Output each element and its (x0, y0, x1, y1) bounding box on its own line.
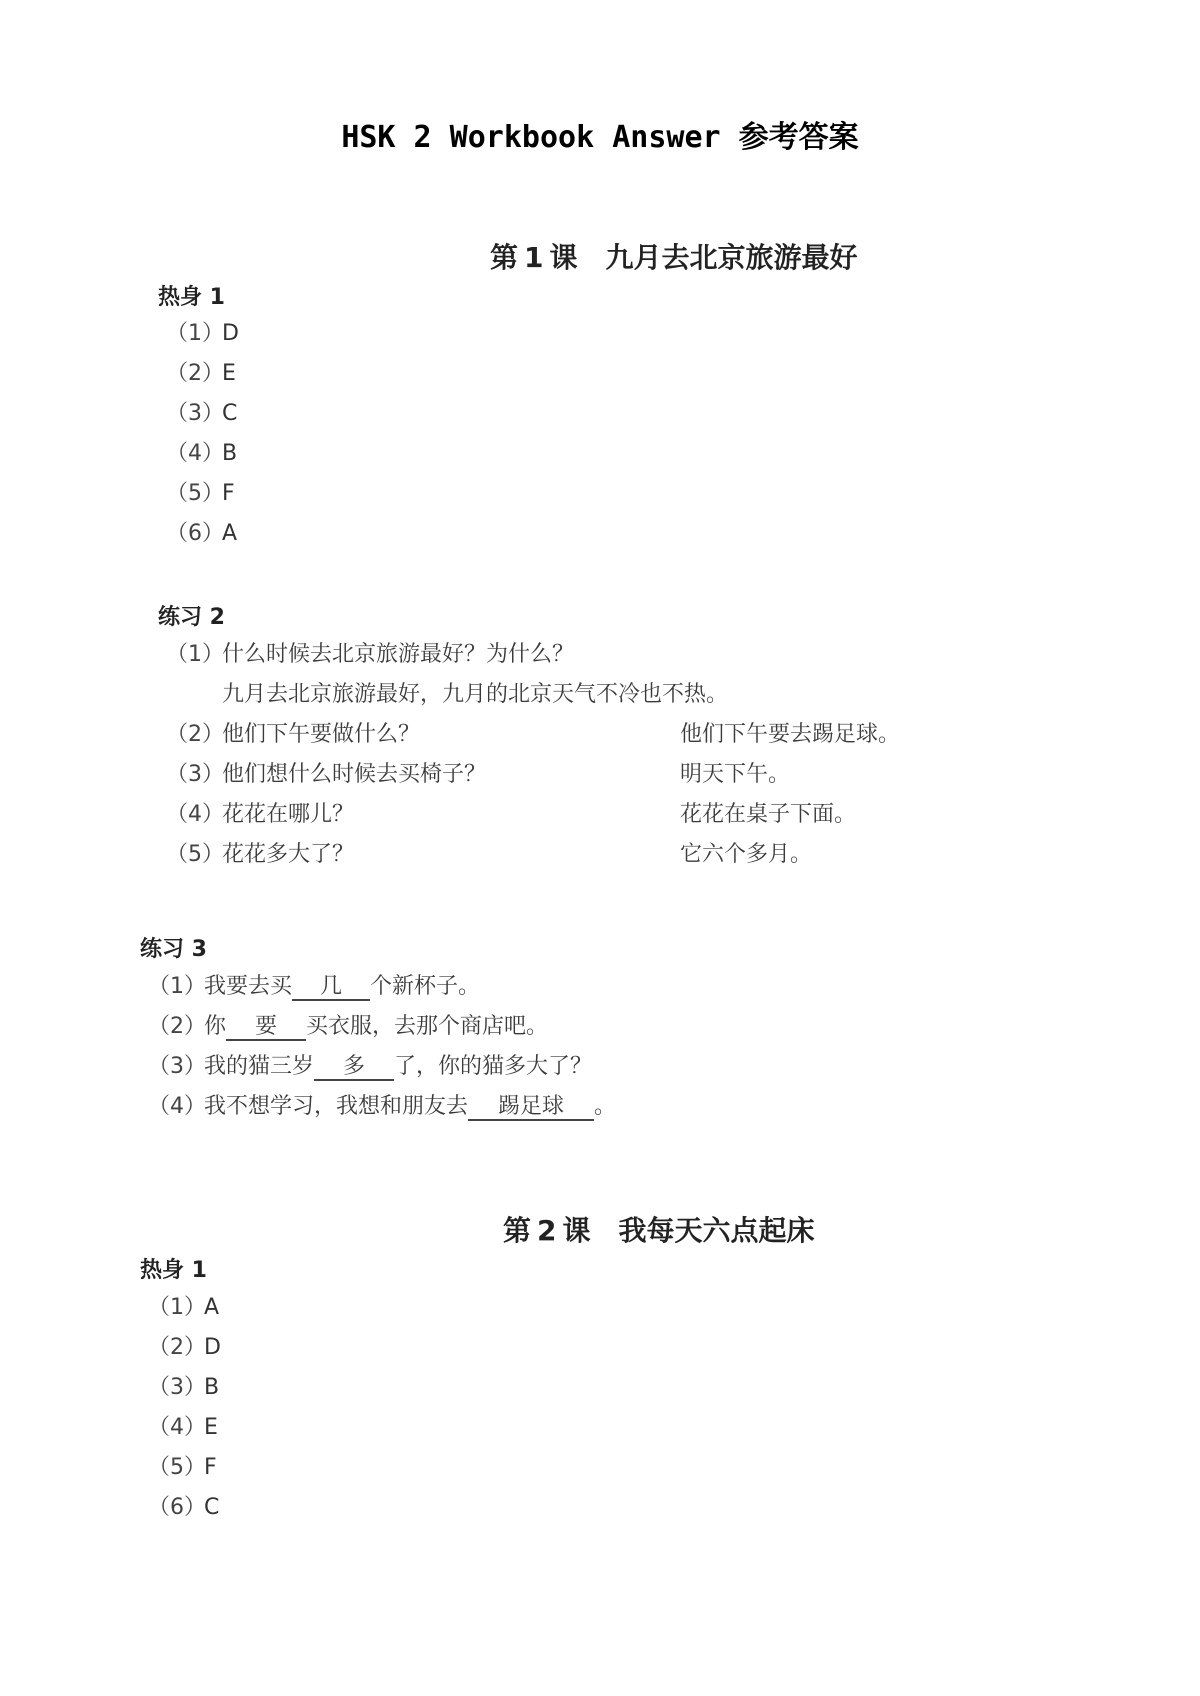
lesson-1-warmup-label: 热身 1 (158, 280, 225, 311)
item-marker: （2） (148, 1013, 204, 1041)
sentence-after: 个新杯子。 (370, 974, 480, 999)
question-item: （2）他们下午要做什么？ (166, 721, 420, 749)
item-marker: （4） (148, 1093, 204, 1121)
answer-text: 花花在桌子下面。 (680, 801, 856, 829)
item-marker: （2） (166, 360, 222, 388)
question-item: （1）什么时候去北京旅游最好？为什么？ (166, 641, 574, 669)
blank-answer: 多 (314, 1055, 394, 1081)
item-marker: （4） (166, 801, 222, 829)
item-marker: （4） (148, 1414, 204, 1442)
answer-text: 九月去北京旅游最好，九月的北京天气不冷也不热。 (222, 681, 728, 709)
item-marker: （4） (166, 440, 222, 468)
question-text: 花花多大了？ (222, 842, 354, 867)
blank-answer: 踢足球 (468, 1095, 594, 1121)
item-marker: （1） (148, 1294, 204, 1322)
lesson-prefix: 第 (490, 241, 518, 274)
answer-text: 它六个多月。 (680, 841, 812, 869)
lesson-1-heading: 第1课九月去北京旅游最好 (490, 236, 858, 276)
item-answer: F (204, 1455, 217, 1480)
question-text: 他们下午要做什么？ (222, 722, 420, 747)
sentence-before: 你 (204, 1014, 226, 1039)
fill-blank-item: （3）我的猫三岁多了，你的猫多大了？ (148, 1053, 592, 1081)
list-item: （6）A (166, 520, 237, 548)
item-answer: E (204, 1415, 218, 1440)
answer-text: 明天下午。 (680, 761, 790, 789)
item-marker: （1） (166, 320, 222, 348)
sentence-before: 我要去买 (204, 974, 292, 999)
item-marker: （5） (148, 1454, 204, 1482)
lesson-1-exercise-3-label: 练习 3 (140, 932, 207, 963)
sentence-after: 了，你的猫多大了？ (394, 1054, 592, 1079)
list-item: （6）C (148, 1494, 219, 1522)
fill-blank-item: （2）你要买衣服，去那个商店吧。 (148, 1013, 548, 1041)
item-marker: （6） (148, 1494, 204, 1522)
lesson-number: 1 (524, 241, 543, 274)
lesson-2-warmup-label: 热身 1 (140, 1253, 207, 1284)
item-answer: C (222, 401, 237, 426)
list-item: （4）B (166, 440, 237, 468)
lesson-title: 九月去北京旅游最好 (606, 241, 858, 274)
sentence-before: 我的猫三岁 (204, 1054, 314, 1079)
question-text: 什么时候去北京旅游最好？为什么？ (222, 642, 574, 667)
item-answer: F (222, 481, 235, 506)
sentence-before: 我不想学习，我想和朋友去 (204, 1094, 468, 1119)
lesson-prefix: 第 (503, 1214, 531, 1247)
list-item: （3）B (148, 1374, 219, 1402)
item-marker: （1） (166, 641, 222, 669)
item-answer: B (222, 441, 237, 466)
sentence-after: 。 (594, 1094, 616, 1119)
blank-answer: 几 (292, 975, 370, 1001)
item-marker: （3） (148, 1374, 204, 1402)
item-marker: （3） (148, 1053, 204, 1081)
question-text: 花花在哪儿？ (222, 802, 354, 827)
item-marker: （6） (166, 520, 222, 548)
item-answer: C (204, 1495, 219, 1520)
list-item: （2）E (166, 360, 236, 388)
fill-blank-item: （4）我不想学习，我想和朋友去踢足球。 (148, 1093, 616, 1121)
item-marker: （3） (166, 400, 222, 428)
list-item: （1）D (166, 320, 239, 348)
item-marker: （5） (166, 841, 222, 869)
item-answer: E (222, 361, 236, 386)
item-marker: （1） (148, 973, 204, 1001)
blank-answer: 要 (226, 1015, 306, 1041)
question-item: （4）花花在哪儿？ (166, 801, 354, 829)
item-marker: （2） (166, 721, 222, 749)
answer-text: 他们下午要去踢足球。 (680, 721, 900, 749)
item-marker: （3） (166, 761, 222, 789)
list-item: （5）F (148, 1454, 217, 1482)
lesson-number: 2 (537, 1214, 556, 1247)
item-answer: D (222, 321, 239, 346)
question-item: （3）他们想什么时候去买椅子？ (166, 761, 486, 789)
question-text: 他们想什么时候去买椅子？ (222, 762, 486, 787)
lesson-suffix: 课 (550, 241, 578, 274)
list-item: （1）A (148, 1294, 219, 1322)
item-answer: A (222, 521, 237, 546)
item-marker: （5） (166, 480, 222, 508)
fill-blank-item: （1）我要去买几个新杯子。 (148, 973, 480, 1001)
lesson-1-exercise-2-label: 练习 2 (158, 600, 225, 631)
item-answer: A (204, 1295, 219, 1320)
item-answer: B (204, 1375, 219, 1400)
list-item: （5）F (166, 480, 235, 508)
question-item: （5）花花多大了？ (166, 841, 354, 869)
list-item: （3）C (166, 400, 237, 428)
list-item: （4）E (148, 1414, 218, 1442)
lesson-2-heading: 第2课我每天六点起床 (503, 1209, 815, 1249)
list-item: （2）D (148, 1334, 221, 1362)
document-title: HSK 2 Workbook Answer 参考答案 (0, 112, 1200, 156)
sentence-after: 买衣服，去那个商店吧。 (306, 1014, 548, 1039)
lesson-suffix: 课 (563, 1214, 591, 1247)
item-marker: （2） (148, 1334, 204, 1362)
lesson-title: 我每天六点起床 (619, 1214, 815, 1247)
item-answer: D (204, 1335, 221, 1360)
